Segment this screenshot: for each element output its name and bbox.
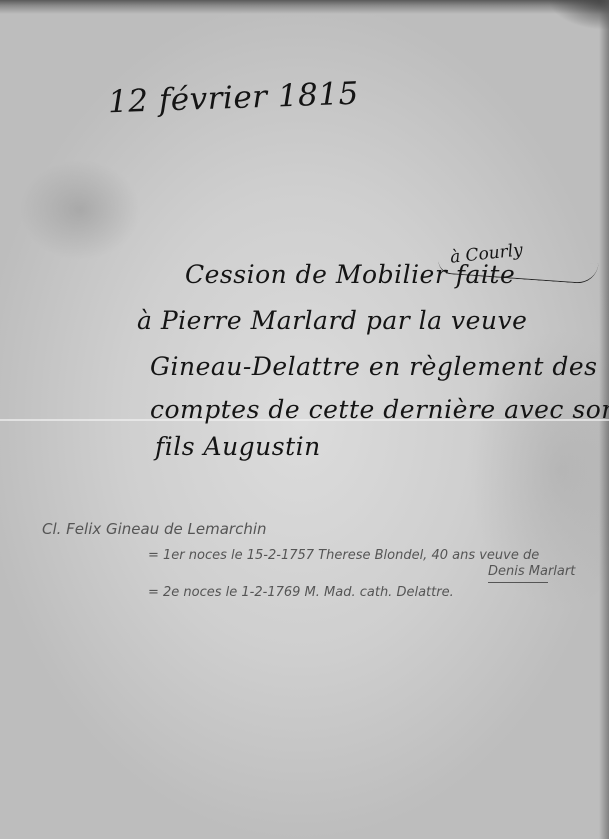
paper-top-edge (0, 0, 609, 14)
annotation-second-marriage: = 2e noces le 1-2-1769 M. Mad. cath. Del… (148, 585, 454, 600)
title-line-2: à Pierre Marlard par la veuve (137, 306, 527, 335)
annotation-name: Cl. Felix Gineau de Lemarchin (42, 520, 267, 538)
annotation-underline (488, 582, 548, 583)
scanned-document-page: 12 février 1815 à Courly Cession de Mobi… (0, 0, 609, 839)
annotation-first-marriage-cont: Denis Marlart (488, 564, 575, 579)
title-line-4: comptes de cette dernière avec son (150, 395, 609, 424)
document-date: 12 février 1815 (107, 76, 359, 121)
title-line-5: fils Augustin (155, 432, 321, 461)
annotation-first-marriage: = 1er noces le 15-2-1757 Therese Blondel… (148, 548, 539, 563)
title-line-3: Gineau-Delattre en règlement des (150, 352, 597, 381)
title-line-1: Cession de Mobilier faite (185, 260, 515, 289)
